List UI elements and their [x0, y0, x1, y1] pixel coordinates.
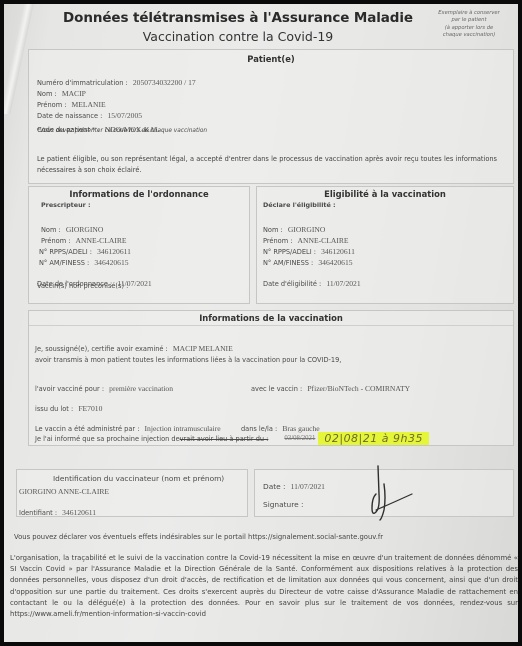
- eligibility-section-title: Eligibilité à la vaccination: [257, 189, 513, 199]
- prescription-section-title: Informations de l'ordonnance: [29, 189, 249, 199]
- vaccinator-id-title: Identification du vaccinateur (nom et pr…: [53, 474, 224, 483]
- vaccinated-for-row: l'avoir vacciné pour : première vaccinat…: [35, 376, 173, 395]
- vaccinator-identifiant-row: Identifiant : 346120611: [19, 500, 96, 519]
- vaccination-certificate-page: Données télétransmises à l'Assurance Mal…: [4, 4, 518, 642]
- side-effects-notice: Vous pouvez déclarer vos éventuels effet…: [14, 533, 383, 541]
- eligibility-section: Eligibilité à la vaccination Déclare l'é…: [256, 186, 514, 304]
- eligibility-declarer-heading: Déclare l'éligibilité :: [263, 201, 336, 209]
- handwritten-next-injection: 02|08|21 à 9h35: [318, 432, 429, 445]
- patient-code-note: *Vous devez présenter ce code lors de ch…: [37, 128, 207, 134]
- certify-row: Je, soussigné(e), certifie avoir examiné…: [35, 336, 233, 355]
- consent-text: Le patient éligible, ou son représentant…: [37, 154, 497, 176]
- vaccinator-name: GIORGINO ANNE-CLAIRE: [19, 487, 109, 496]
- eligibility-date-row: Date d'éligibilité : 11/07/2021: [263, 271, 361, 290]
- next-injection-row: Je l'ai informé que sa prochaine injecti…: [35, 432, 429, 445]
- vaccination-details: Je, soussigné(e), certifie avoir examiné…: [29, 325, 513, 445]
- immatriculation-value: 2050734032200 / 17: [133, 78, 196, 87]
- vaccine-row: avec le vaccin : Pfizer/BioNTech - COMIR…: [251, 376, 410, 395]
- eligibility-finess-row: N° AM/FINESS : 346420615: [263, 250, 353, 269]
- non-preconised-vaccines: Vaccin(s) non préconisé(s) :: [37, 282, 128, 290]
- prescriber-finess-row: N° AM/FINESS : 346420615: [39, 250, 129, 269]
- vaccination-section-title: Informations de la vaccination: [29, 313, 513, 323]
- keep-copy-note: Exemplaire à conserver par le patient (à…: [426, 10, 512, 40]
- vaccination-section: Informations de la vaccination Je, souss…: [28, 310, 514, 446]
- prescription-section: Informations de l'ordonnance Prescripteu…: [28, 186, 250, 304]
- vaccination-date-row: Date : 11/07/2021: [263, 474, 325, 493]
- patient-section-title: Patient(e): [29, 54, 513, 64]
- signature-label: Signature :: [263, 500, 304, 509]
- prescriber-heading: Prescripteur :: [41, 201, 91, 209]
- lot-row: issu du lot : FE7010: [35, 396, 102, 415]
- transmitted-info-row: avoir transmis à mon patient toutes les …: [35, 356, 341, 364]
- vaccinator-identification: Identification du vaccinateur (nom et pr…: [16, 469, 248, 517]
- next-injection-printed-date: 03/08/2021: [284, 435, 315, 442]
- handwritten-signature-icon: [370, 464, 420, 524]
- patient-section: Patient(e) Numéro d'immatriculation : 20…: [28, 49, 514, 184]
- privacy-notice: L'organisation, la traçabilité et le sui…: [10, 553, 518, 620]
